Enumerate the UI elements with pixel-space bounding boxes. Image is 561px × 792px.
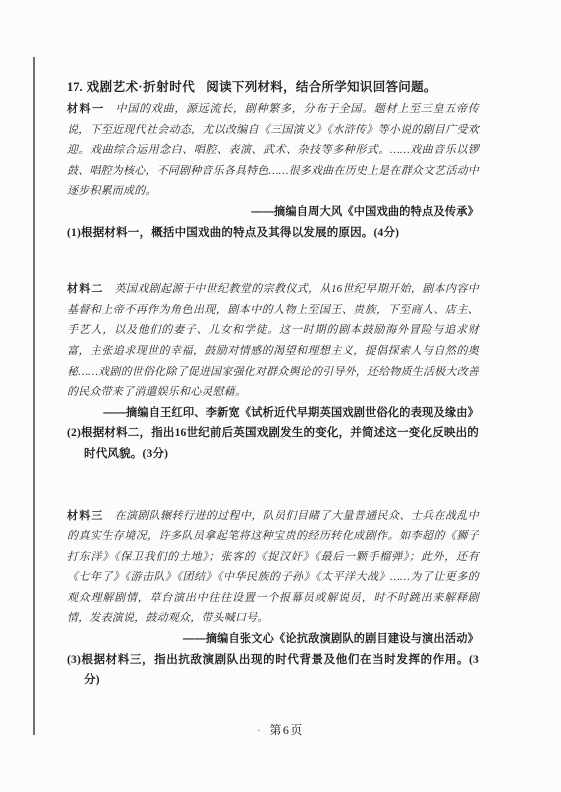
sub-question-1: (1)根据材料一，概括中国戏曲的特点及其得以发展的原因。(4分) — [67, 223, 479, 244]
material-two-text: 英国戏剧起源于中世纪教堂的宗教仪式，从16世纪早期开始，剧本内容中基督和上帝不再… — [67, 283, 479, 398]
question-instruction: 阅读下列材料，结合所学知识回答问题。 — [206, 80, 436, 94]
material-two-paragraph: 材料二英国戏剧起源于中世纪教堂的宗教仪式，从16世纪早期开始，剧本内容中基督和上… — [67, 279, 479, 403]
material-two-label: 材料二 — [67, 283, 104, 295]
question-topic: 戏剧艺术·折射时代 — [87, 80, 196, 94]
material-three-paragraph: 材料三在演剧队辗转行进的过程中，队员们目睹了大量普通民众、士兵在战乱中的真实生存… — [67, 506, 479, 630]
sub-question-2: (2)根据材料二，指出16世纪前后英国戏剧发生的变化，并简述这一变化反映出的时代… — [67, 423, 479, 464]
question-header: 17.戏剧艺术·折射时代阅读下列材料，结合所学知识回答问题。 — [67, 0, 479, 98]
page-number: 第6页 — [269, 723, 304, 737]
material-three-label: 材料三 — [67, 510, 104, 522]
material-one-section: 材料一中国的戏曲，源远流长，剧种繁多，分布于全国。题材上至三皇五帝传说，下至近现… — [67, 99, 479, 243]
sub-question-3: (3)根据材料三，指出抗敌演剧队出现的时代背景及他们在当时发挥的作用。(3分) — [67, 650, 479, 691]
material-three-text: 在演剧队辗转行进的过程中，队员们目睹了大量普通民众、士兵在战乱中的真实生存境况，… — [67, 510, 479, 625]
material-one-label: 材料一 — [67, 103, 105, 115]
material-one-text: 中国的戏曲，源远流长，剧种繁多，分布于全国。题材上至三皇五帝传说，下至近现代社会… — [67, 103, 479, 197]
material-one-paragraph: 材料一中国的戏曲，源远流长，剧种繁多，分布于全国。题材上至三皇五帝传说，下至近现… — [67, 99, 479, 202]
material-three-attribution: ——摘编自张文心《论抗敌演剧队的剧目建设与演出活动》 — [67, 629, 479, 650]
question-17-block: 17.戏剧艺术·折射时代阅读下列材料，结合所学知识回答问题。 材料一中国的戏曲，… — [67, 0, 479, 691]
page-footer: ·第6页 — [0, 721, 561, 738]
material-two-attribution: ——摘编自王红印、李新宽《试析近代早期英国戏剧世俗化的表现及缘由》 — [67, 403, 479, 424]
exam-page: 17.戏剧艺术·折射时代阅读下列材料，结合所学知识回答问题。 材料一中国的戏曲，… — [0, 0, 561, 792]
material-one-attribution: ——摘编自周大风《中国戏曲的特点及传承》 — [67, 202, 479, 223]
question-number: 17. — [67, 80, 83, 94]
material-two-section: 材料二英国戏剧起源于中世纪教堂的宗教仪式，从16世纪早期开始，剧本内容中基督和上… — [67, 279, 479, 464]
material-three-section: 材料三在演剧队辗转行进的过程中，队员们目睹了大量普通民众、士兵在战乱中的真实生存… — [67, 506, 479, 691]
left-margin-rule — [33, 57, 35, 735]
footer-dot: · — [257, 726, 260, 737]
